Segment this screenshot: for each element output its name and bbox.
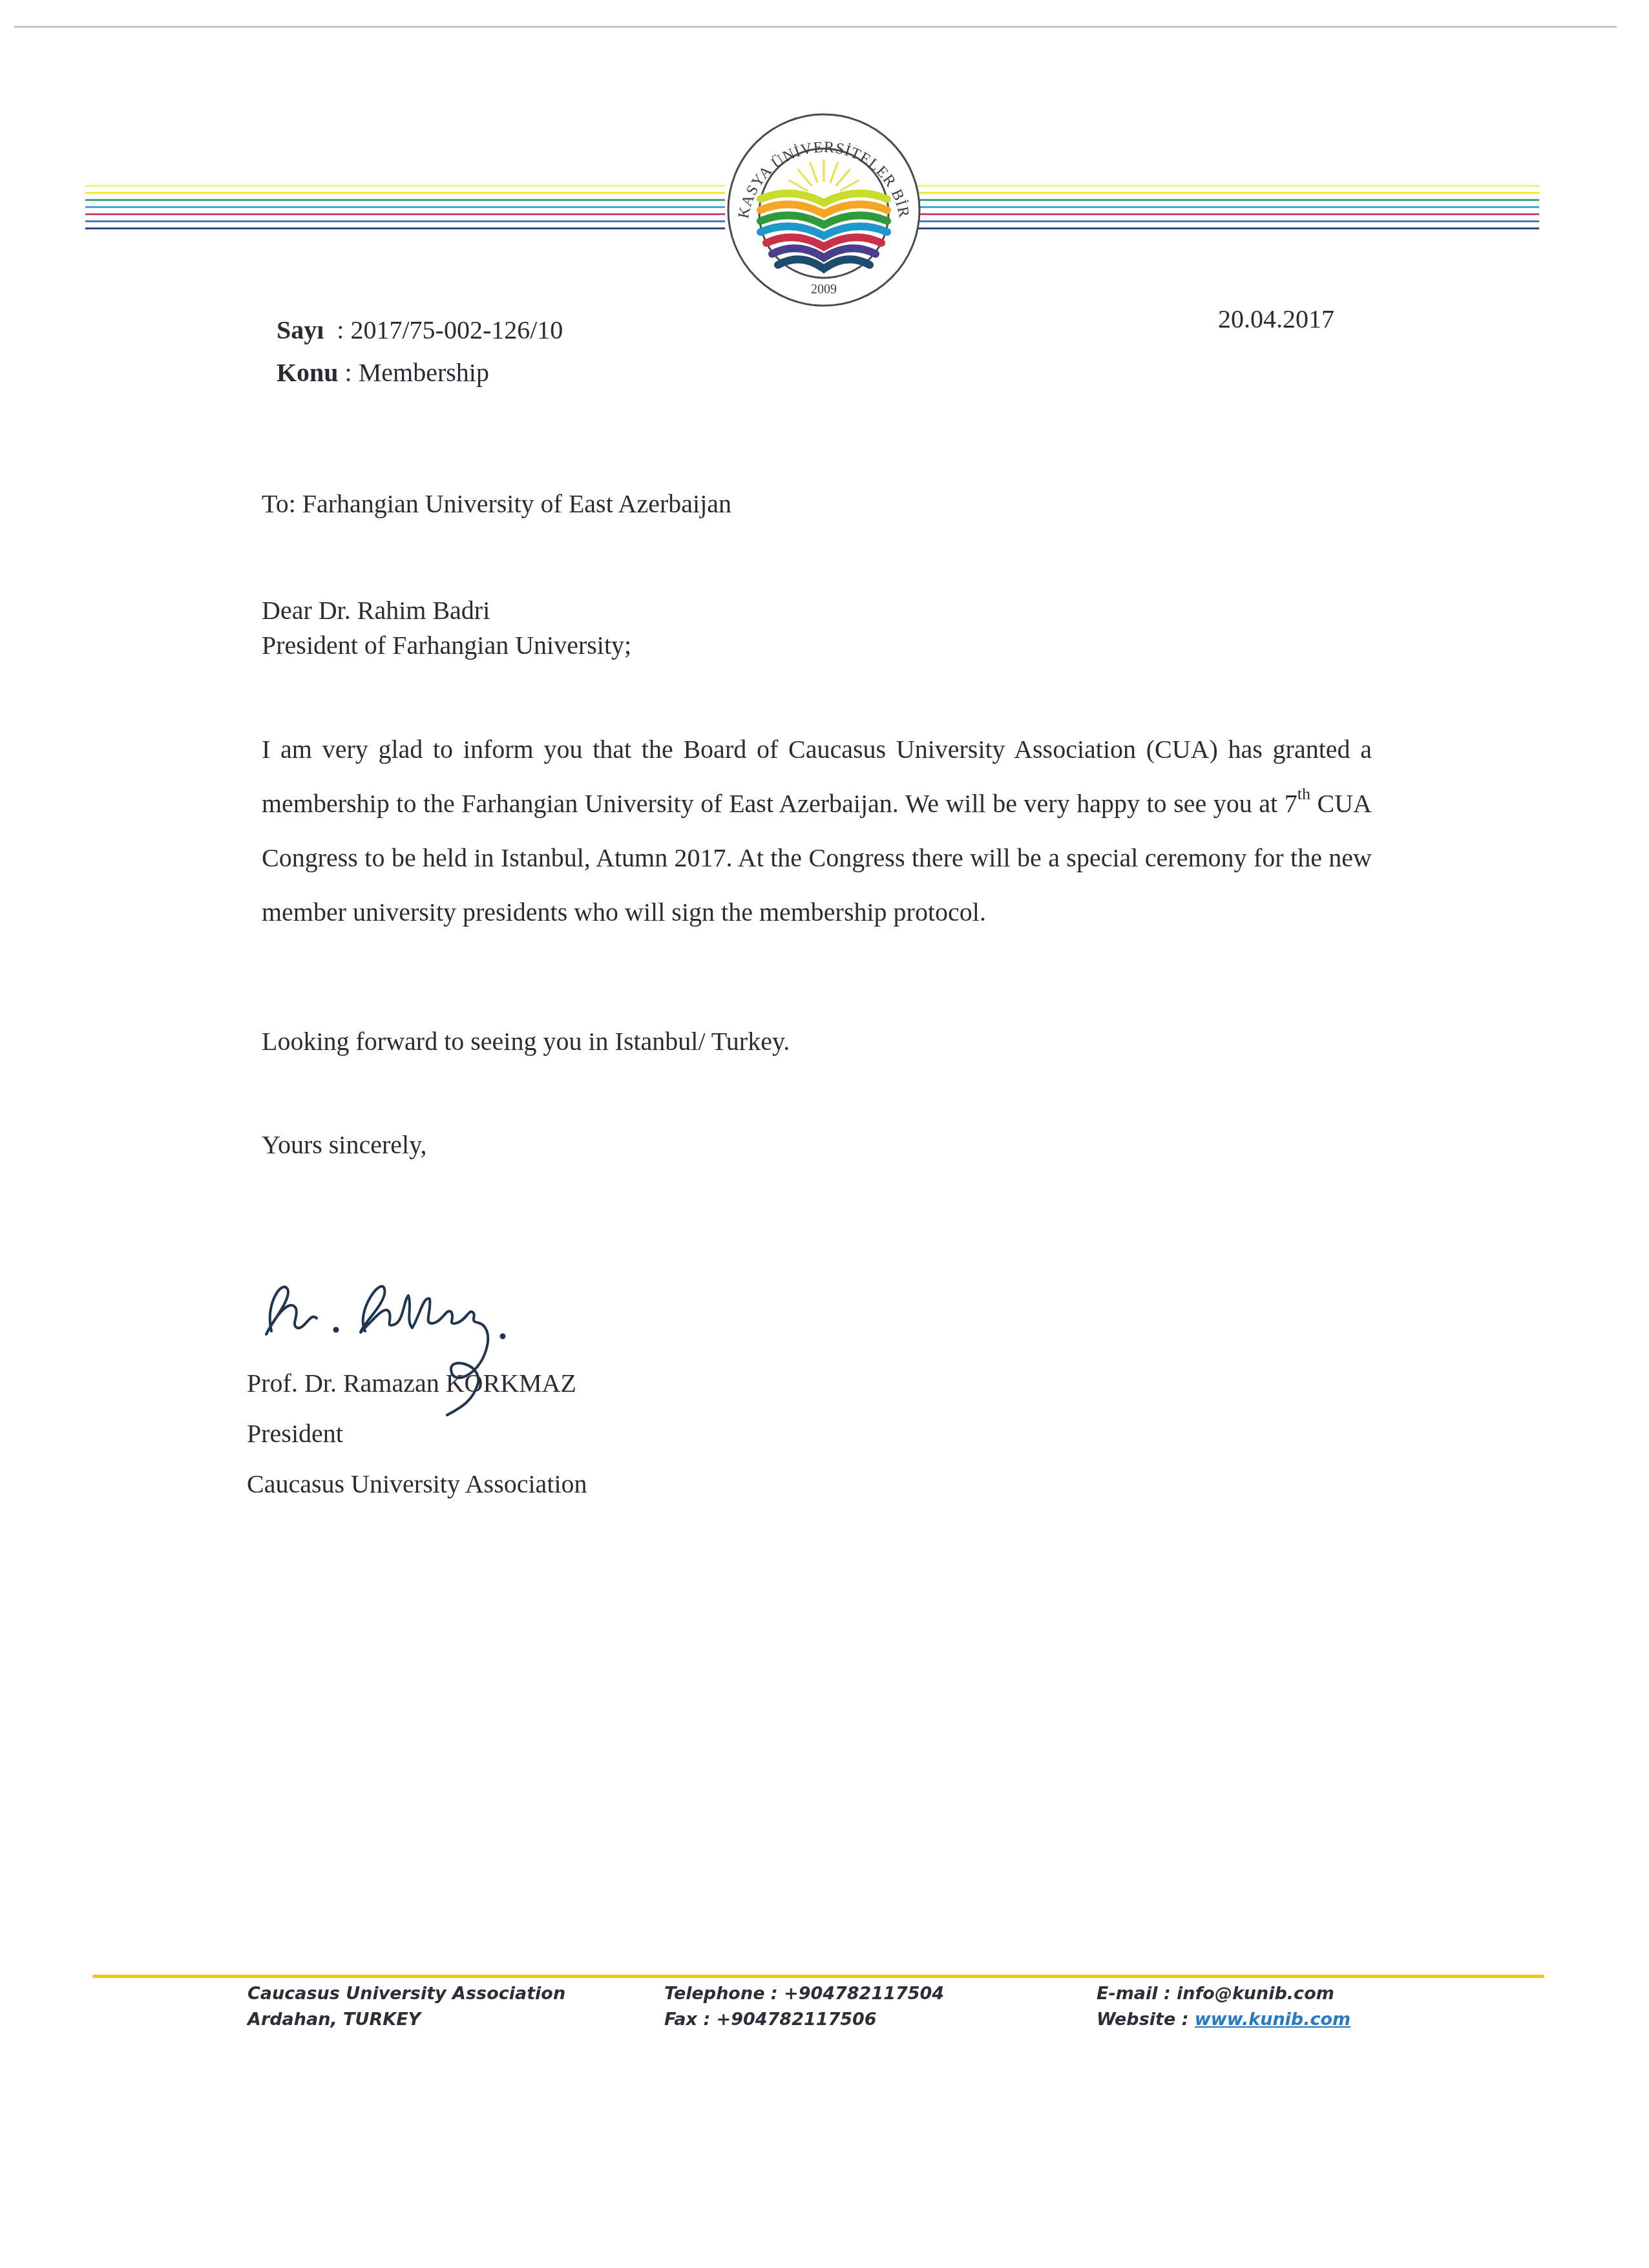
letterhead-stripe <box>85 220 725 222</box>
recipient-to-line: To: Farhangian University of East Azerba… <box>262 488 731 519</box>
top-border-rule <box>14 26 1617 28</box>
letterhead-stripes-right <box>906 185 1539 234</box>
footer-location: Ardahan, TURKEY <box>247 2007 565 2033</box>
closing-line: Looking forward to seeing you in Istanbu… <box>262 1026 790 1056</box>
letter-date: 20.04.2017 <box>1218 304 1334 334</box>
letterhead-stripe <box>85 227 725 229</box>
signatory-organization: Caucasus University Association <box>247 1459 587 1509</box>
letterhead-stripe <box>906 206 1539 208</box>
letterhead-stripe <box>906 227 1539 229</box>
footer-fax: Fax : +904782117506 <box>664 2007 944 2033</box>
letterhead-stripe <box>906 213 1539 215</box>
reference-subject-value: : Membership <box>345 358 489 387</box>
footer-email[interactable]: E-mail : info@kunib.com <box>1097 1981 1350 2007</box>
letterhead-stripe <box>85 213 725 215</box>
letterhead-stripe <box>906 192 1539 194</box>
valediction: Yours sincerely, <box>262 1129 427 1160</box>
reference-block: Sayı : 2017/75-002-126/10 Konu : Members… <box>277 309 563 394</box>
association-logo: KAFKASYA ÜNİVERSİTELER BİRLİĞİ 2009 <box>724 110 924 310</box>
ordinal-suffix: th <box>1297 784 1310 803</box>
signatory-position: President <box>247 1409 587 1459</box>
signatory-name: Prof. Dr. Ramazan KORKMAZ <box>247 1358 587 1409</box>
footer-address: Caucasus University Association Ardahan,… <box>247 1981 565 2033</box>
letterhead-stripes-left <box>85 185 725 234</box>
reference-subject-label: Konu <box>277 358 339 387</box>
footer-phone: Telephone : +904782117504 Fax : +9047821… <box>664 1981 944 2033</box>
footer-org-name: Caucasus University Association <box>247 1981 565 2007</box>
svg-text:2009: 2009 <box>811 282 837 297</box>
reference-number: Sayı : 2017/75-002-126/10 <box>277 309 563 352</box>
footer-rule <box>92 1975 1544 1978</box>
footer-website: Website : www.kunib.com <box>1097 2007 1350 2033</box>
letterhead-stripe <box>85 192 725 194</box>
letterhead-stripe <box>85 199 725 201</box>
paragraph-part-1: I am very glad to inform you that the Bo… <box>262 735 1372 818</box>
recipient-title: President of Farhangian University; <box>262 628 631 663</box>
salutation-block: Dear Dr. Rahim Badri President of Farhan… <box>262 593 631 663</box>
letterhead-stripe <box>906 220 1539 222</box>
reference-subject: Konu : Membership <box>277 352 563 394</box>
logo-emblem-icon: KAFKASYA ÜNİVERSİTELER BİRLİĞİ 2009 <box>724 110 924 310</box>
reference-number-value: : 2017/75-002-126/10 <box>337 315 563 344</box>
letterhead-stripe <box>906 199 1539 201</box>
footer-website-link[interactable]: www.kunib.com <box>1195 2010 1350 2030</box>
footer-contact: E-mail : info@kunib.com Website : www.ku… <box>1097 1981 1350 2033</box>
body-paragraph: I am very glad to inform you that the Bo… <box>262 722 1372 940</box>
signatory-block: Prof. Dr. Ramazan KORKMAZ President Cauc… <box>247 1358 587 1509</box>
reference-number-label: Sayı <box>277 315 324 344</box>
letterhead-stripe <box>906 185 1539 187</box>
footer-telephone: Telephone : +904782117504 <box>664 1981 944 2007</box>
letterhead-stripe <box>85 185 725 187</box>
letterhead-stripe <box>85 206 725 208</box>
salutation: Dear Dr. Rahim Badri <box>262 593 631 628</box>
footer-website-label: Website : <box>1097 2010 1195 2030</box>
